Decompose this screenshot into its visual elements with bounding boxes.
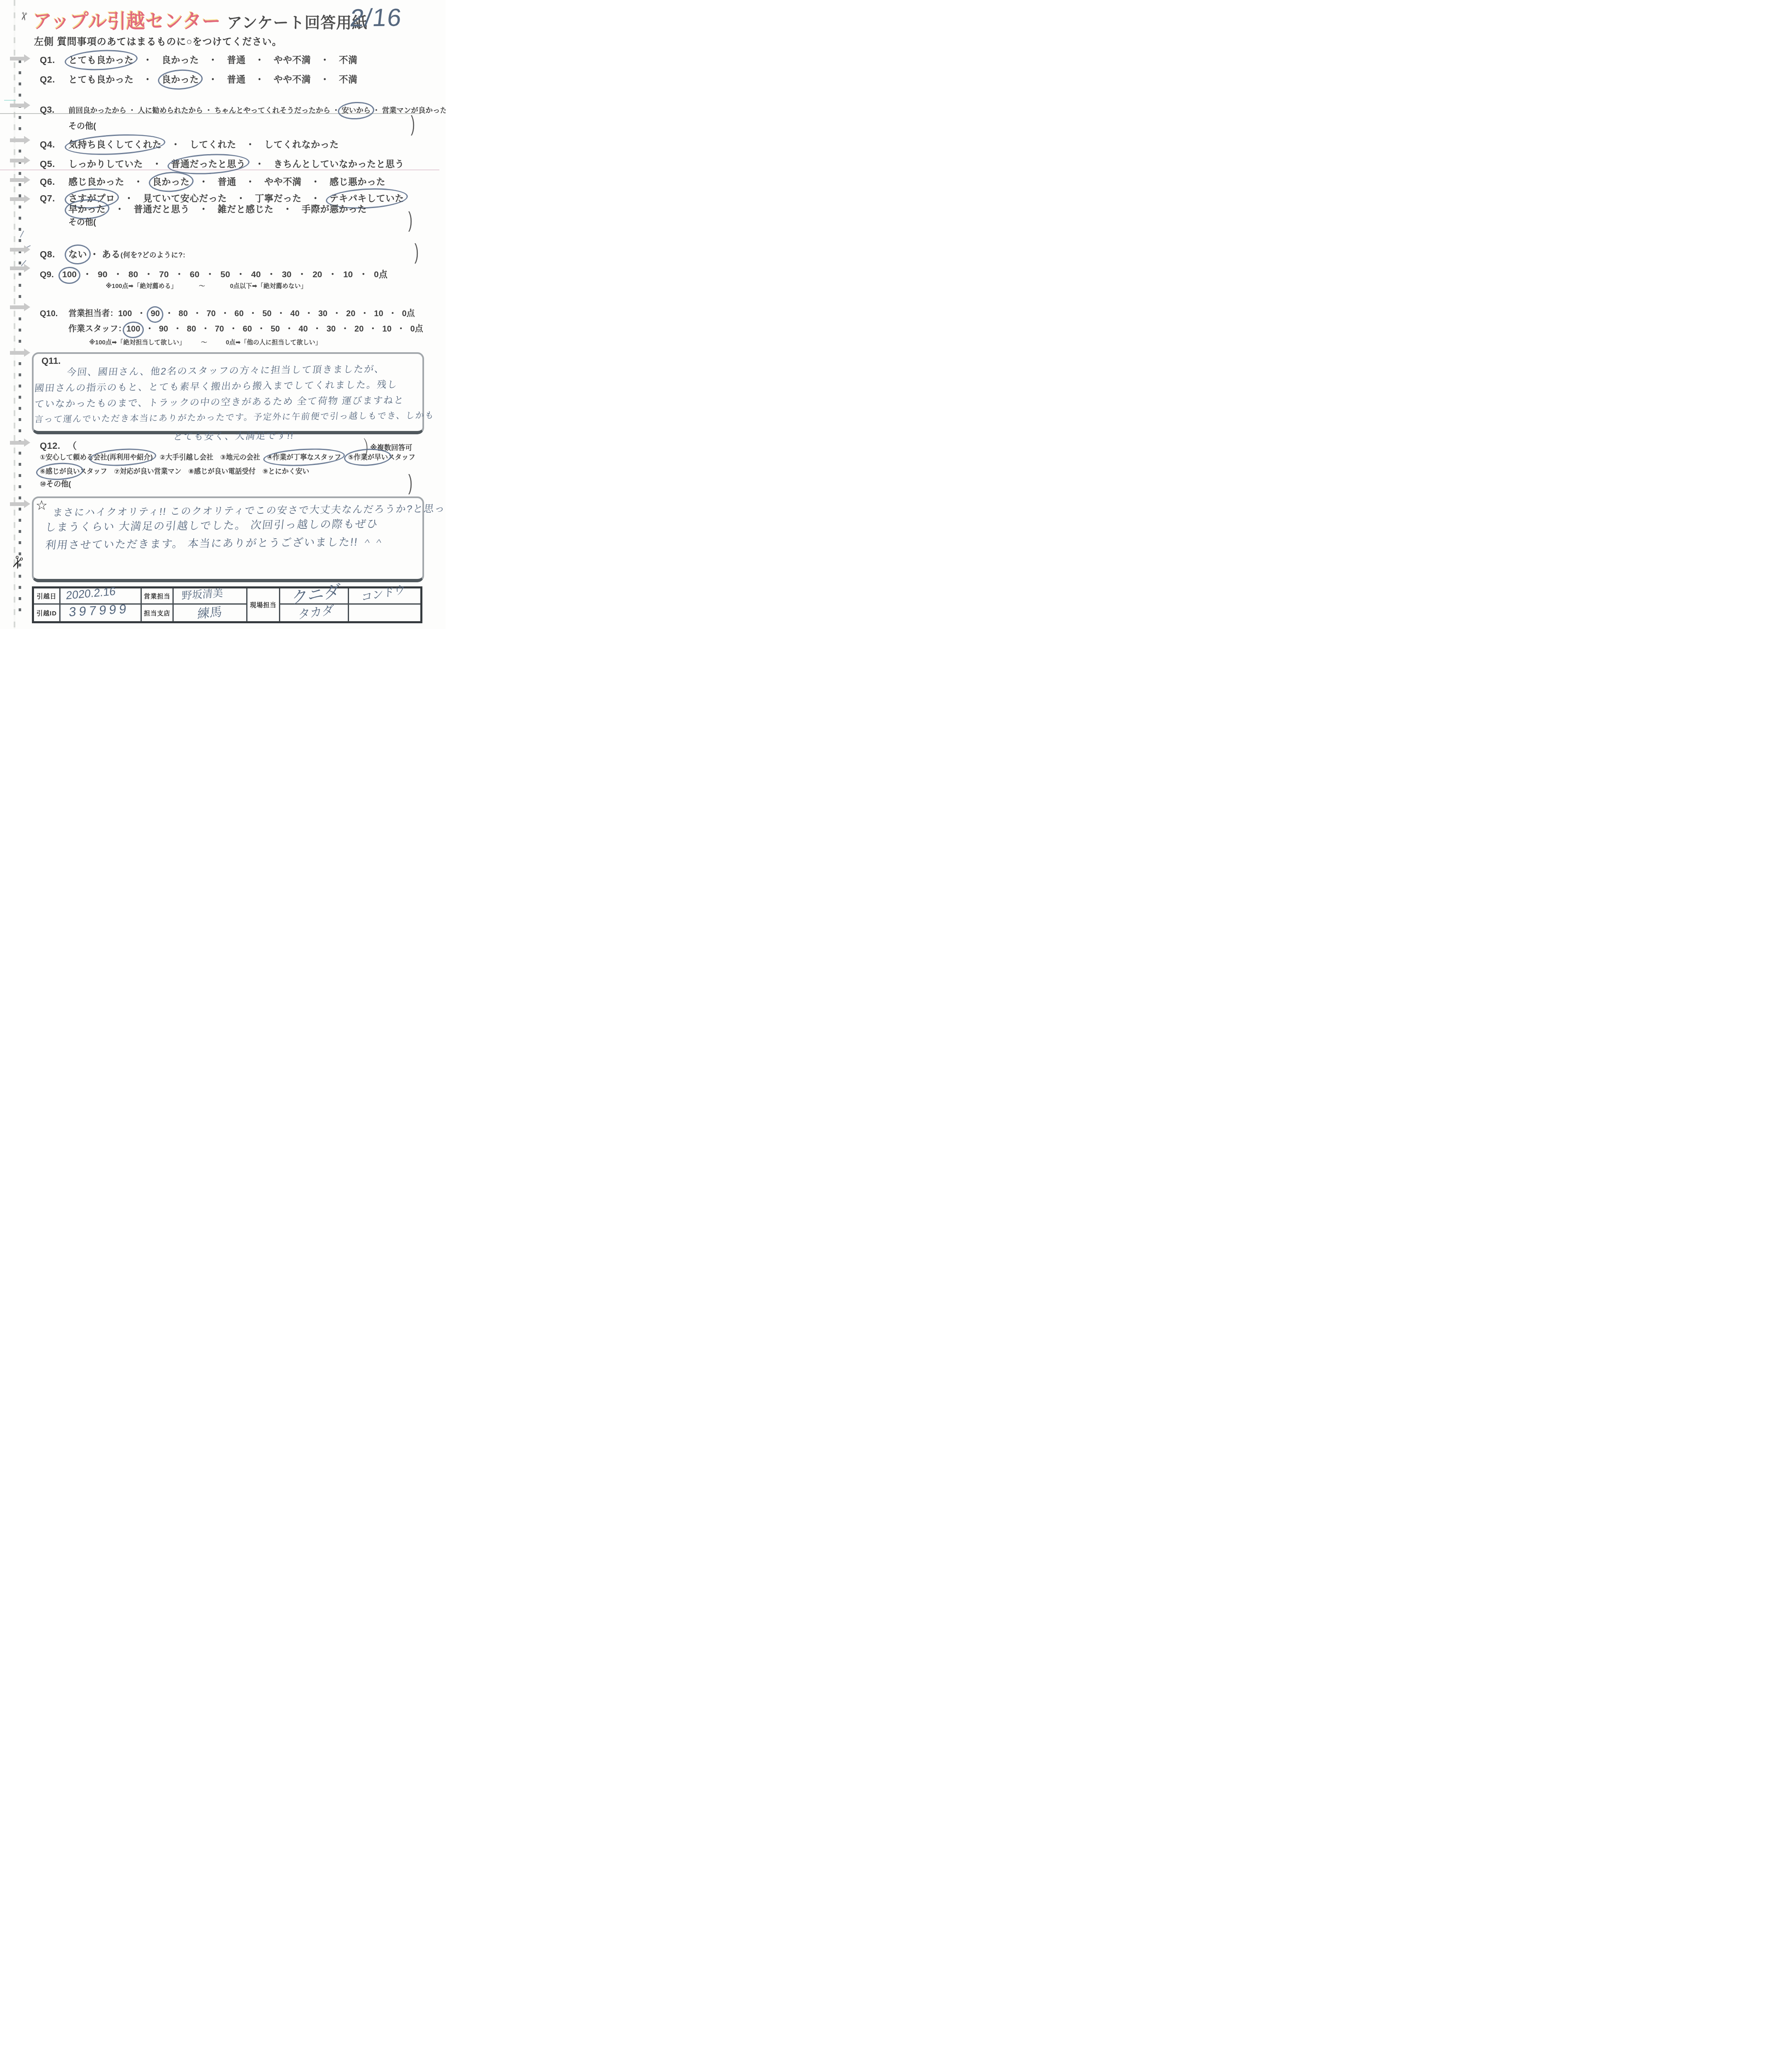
option-text: しっかりしていた ・ [68,159,171,169]
handwritten-crew-name: コンドウ [361,580,405,605]
site-crew-value-1: クニダ [280,588,349,604]
q7-row2: 早かった ・ 普通だと思う ・ 雑だと感じた ・ 手際が悪かった [68,202,367,215]
left-arrow-icon [10,248,24,252]
q10-label: Q10. [40,309,68,319]
circled-option: ⑥感じが良い [40,466,80,476]
q10-row2: 作業スタッフ：100 ・ 90 ・ 80 ・ 70 ・ 60 ・ 50 ・ 40… [68,322,423,334]
question-q2: Q2.とても良かった ・ 良かった ・ 普通 ・ やや不満 ・ 不満 [40,73,358,85]
sales-rep-label: 営業担当 [141,588,173,604]
q7-other-row: その他( [68,215,96,228]
q3-label: Q3. [40,104,68,115]
option-text: ・ 営業マンが良かったから [371,106,446,114]
left-arrow-icon [10,138,24,142]
question-q6: Q6.感じ良かった ・ 良かった ・ 普通 ・ やや不満 ・ 感じ悪かった [40,175,385,188]
left-arrow-icon [10,57,24,61]
left-arrow-icon [10,502,24,506]
handwritten-move-id: 397999 [68,601,130,620]
circled-option: 安いから [342,105,371,115]
option-text: ・ 普通 ・ やや不満 ・ 感じ悪かった [190,177,386,187]
move-id-label: 引越ID [33,604,60,622]
circled-option: 90 [150,309,160,319]
scan-mark [4,100,16,101]
circled-option: ⑤作業が早い [348,452,388,462]
close-paren: ) [408,472,412,496]
page-title: アンケート回答用紙 [227,10,368,33]
q11-handwriting-line: とても安く、大満足です!! [172,428,295,443]
circled-option: ない [68,247,87,260]
handwritten-branch: 練馬 [197,601,222,622]
q4-label: Q4. [40,139,68,150]
option-text: ・ 90 ・ 80 ・ 70 ・ 60 ・ 50 ・ 40 ・ 30 ・ 20 … [77,270,388,279]
branch-value: 練馬 [173,604,247,622]
option-text: スタッフ [388,454,415,461]
sales-rep-value: 野坂清美 [173,588,247,604]
q12-options-row1: ①安心して頼める会社(再利用や紹介) ②大手引越し会社 ③地元の会社 ④作業が丁… [40,452,415,462]
left-arrow-icon [10,104,24,107]
option-text: ・ してくれた ・ してくれなかった [162,139,339,150]
question-q9: Q9.100 ・ 90 ・ 80 ・ 70 ・ 60 ・ 50 ・ 40 ・ 3… [40,268,388,280]
form-instruction: 左側 質問事項のあてはまるものに○をつけてください。 [34,34,282,48]
q3-other-row: その他( [68,119,96,131]
option-text: スタッフ ⑦対応が良い営業マン ⑧感じが良い電話受付 ⑨とにかく安い [80,468,309,475]
q7-label: Q7. [40,193,68,204]
question-q10: Q10.営業担当者：100 ・ 90 ・ 80 ・ 70 ・ 60 ・ 50 ・… [40,307,415,319]
question-q5: Q5.しっかりしていた ・ 普通だったと思う ・ きちんとしていなかったと思う [40,157,404,170]
option-text: ・ 90 ・ 80 ・ 70 ・ 60 ・ 50 ・ 40 ・ 30 ・ 20 … [140,324,423,334]
handwritten-date: 2/16 [349,3,404,32]
q12-open-paren: （ [68,441,77,451]
left-arrow-icon [10,305,24,309]
circled-option: 100 [126,324,140,334]
option-text: ・ 普通だと思う ・ 雑だと感じた ・ 手際が悪かった [106,204,367,214]
option-text: (何を?どのように?: [121,251,186,259]
q5-label: Q5. [40,159,68,169]
move-date-label: 引越日 [33,588,60,604]
option-text: とても良かった ・ [68,74,162,85]
scissors-icon: ✂ [17,11,31,22]
move-info-table: 引越日 2020.2.16 営業担当 野坂清美 現場担当 クニダ コンドウ 引越… [32,586,422,623]
circled-option: とても良かった [68,53,134,66]
question-q3: Q3.前回良かったから ・ 人に勧められたから ・ ちゃんとやってくれそうだった… [40,104,446,115]
question-q12: Q12.（ [40,439,77,452]
move-id-value: 397999 [60,604,141,622]
left-arrow-icon [10,178,24,182]
q10-note: ※100点➡「絶対担当して欲しい」 ～ 0点➡「他の人に担当して欲しい」 [89,338,322,346]
option-text: ・ 普通 ・ やや不満 ・ 不満 [199,74,358,85]
q8-label: Q8. [40,249,68,260]
q6-label: Q6. [40,177,68,187]
brand-logo-text: アップル引越センター [33,5,221,34]
circled-option: 良かった [153,175,190,188]
circled-option: 早かった [68,202,106,215]
site-crew-value-2: コンドウ [349,588,422,604]
site-crew-value-4 [349,604,422,622]
close-paren: ) [411,113,415,137]
close-paren: ) [408,209,412,233]
branch-label: 担当支店 [141,604,173,622]
q11-label: Q11. [41,356,61,366]
cut-dash-line [19,60,21,617]
left-arrow-icon [10,266,24,270]
site-crew-label: 現場担当 [247,588,280,622]
option-text: その他( [68,218,96,227]
scissors-icon: ✂ [5,552,28,572]
left-arrow-icon [10,197,24,201]
option-text: ・ ある [87,249,121,259]
circled-option: 普通だったと思う [171,157,246,170]
option-text: ・ 良かった ・ 普通 ・ やや不満 ・ 不満 [134,55,358,65]
survey-scan-page: ✂ ✂ アップル引越センター アンケート回答用紙 左側 質問事項のあてはまるもの… [0,0,446,629]
q12-other-row: ⑩その他( [40,478,71,489]
q9-note: ※100点➡「絶対薦める」 ～ 0点以下➡「絶対薦めない」 [106,281,307,290]
circled-option: 良かった [162,73,199,85]
circled-option: ④作業が丁寧なスタッフ [267,452,341,462]
scan-streak [14,0,15,629]
option-text: その他( [68,122,96,131]
question-q8: Q8.ない ・ ある(何を?どのように?: [40,247,185,260]
question-q1: Q1.とても良かった ・ 良かった ・ 普通 ・ やや不満 ・ 不満 [40,53,358,66]
star-icon: ☆ [36,497,48,513]
option-text: ②大手引越し会社 ③地元の会社 [153,454,267,461]
option-text: ⑩その他( [40,480,71,488]
q1-label: Q1. [40,55,68,65]
left-arrow-icon [10,441,24,445]
q12-label: Q12. [40,441,68,451]
circled-option: 気持ち良くしてくれた [68,138,162,150]
option-text: 営業担当者：100 ・ [68,309,150,318]
option-text: 感じ良かった ・ [68,177,153,187]
handwritten-sales-rep: 野坂清美 [182,585,223,603]
close-paren: ) [415,241,419,265]
option-text: 前回良かったから ・ 人に勧められたから ・ ちゃんとやってくれそうだったから … [68,106,342,114]
header: アップル引越センター アンケート回答用紙 [33,6,368,33]
option-text: ①安心して頼める [40,454,93,461]
q12-options-row2: ⑥感じが良いスタッフ ⑦対応が良い営業マン ⑧感じが良い電話受付 ⑨とにかく安い [40,466,309,476]
question-q4: Q4.気持ち良くしてくれた ・ してくれた ・ してくれなかった [40,138,339,150]
left-arrow-icon [10,159,24,162]
left-arrow-icon [10,351,24,355]
option-text: ・ きちんとしていなかったと思う [246,159,405,169]
circled-option: 100 [62,270,77,280]
site-crew-value-3: タカダ [280,604,349,622]
circled-option: 会社(再利用や紹介) [93,452,153,462]
option-text: 作業スタッフ： [68,324,126,334]
handwritten-move-date: 2020.2.16 [65,585,116,603]
q2-label: Q2. [40,74,68,85]
option-text: ・ 80 ・ 70 ・ 60 ・ 50 ・ 40 ・ 30 ・ 20 ・ 10 … [160,309,415,318]
